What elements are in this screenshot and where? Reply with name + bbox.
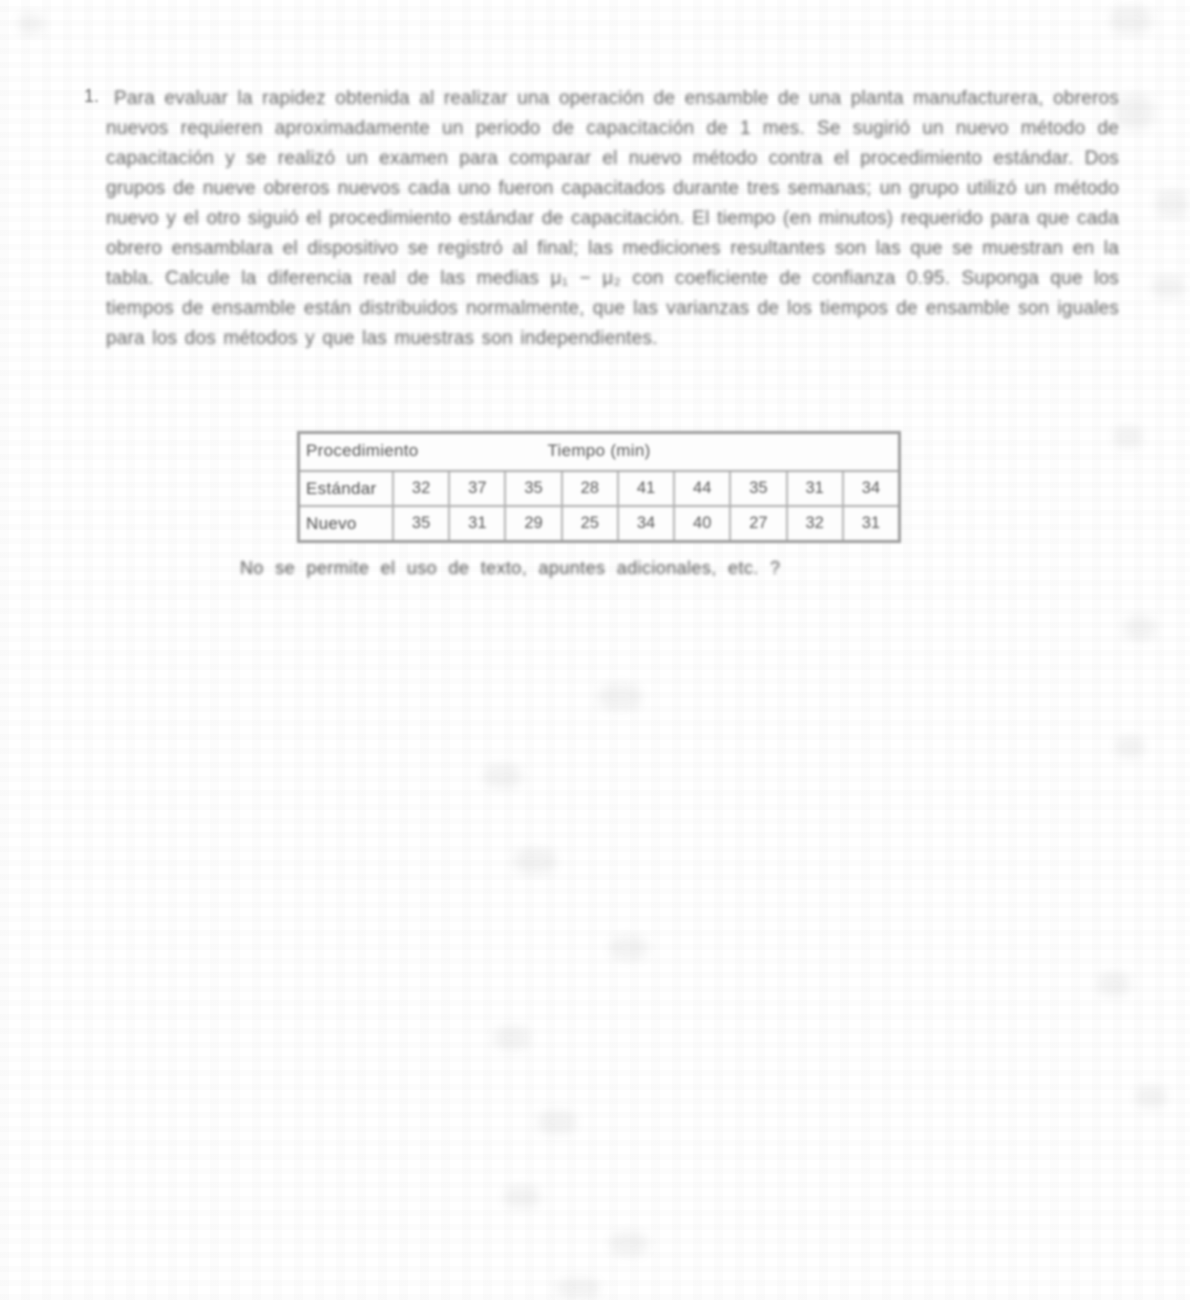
row-label-standard: Estándar xyxy=(300,479,392,499)
scan-smudge xyxy=(1116,94,1154,130)
scan-smudge xyxy=(610,936,648,960)
table-cell: 35 xyxy=(392,507,448,540)
scan-smudge xyxy=(504,1186,540,1208)
table-cell: 34 xyxy=(842,472,898,505)
row-label-new: Nuevo xyxy=(300,514,392,534)
scan-smudge xyxy=(1116,736,1144,758)
table-cell: 28 xyxy=(561,472,617,505)
scan-smudge xyxy=(1156,190,1188,218)
table-cell: 41 xyxy=(617,472,673,505)
scan-smudge xyxy=(1110,6,1152,34)
table-header-measurements: Tiempo (min) xyxy=(547,441,650,461)
scan-smudge xyxy=(610,1232,648,1256)
table-cell: 35 xyxy=(729,472,785,505)
table-cell: 32 xyxy=(786,507,842,540)
problem-statement: Para evaluar la rapidez obtenida al real… xyxy=(106,84,1119,354)
table-cell: 31 xyxy=(448,507,504,540)
table-cell: 31 xyxy=(842,507,898,540)
table-row-new: Nuevo 35 31 29 25 34 40 27 32 31 xyxy=(300,505,898,540)
scan-smudge xyxy=(18,14,44,34)
table-cell: 32 xyxy=(392,472,448,505)
scan-smudge xyxy=(1152,276,1184,298)
table-cell: 37 xyxy=(448,472,504,505)
table-cell: 29 xyxy=(504,507,560,540)
scan-smudge xyxy=(556,1278,600,1298)
table-header-row: Procedimiento Tiempo (min) xyxy=(300,434,898,472)
scan-smudge xyxy=(514,848,556,874)
scanned-document-page: 1. Para evaluar la rapidez obtenida al r… xyxy=(0,0,1190,1300)
scan-smudge xyxy=(494,1026,530,1050)
table-cell: 40 xyxy=(673,507,729,540)
table-cell: 25 xyxy=(561,507,617,540)
table-cell: 31 xyxy=(786,472,842,505)
table-header-procedure: Procedimiento xyxy=(306,441,419,461)
scan-smudge xyxy=(1136,1086,1166,1108)
table-cell: 27 xyxy=(729,507,785,540)
scan-smudge xyxy=(1098,972,1130,996)
scan-smudge xyxy=(598,684,642,710)
data-table: Procedimiento Tiempo (min) Estándar 32 3… xyxy=(297,431,901,543)
problem-number: 1. xyxy=(84,86,99,107)
scan-smudge xyxy=(538,1110,576,1134)
table-cell: 34 xyxy=(617,507,673,540)
table-cell: 35 xyxy=(504,472,560,505)
table-cell: 44 xyxy=(673,472,729,505)
scan-smudge xyxy=(1114,426,1142,448)
scan-smudge xyxy=(1124,616,1156,640)
note-line: No se permite el uso de texto, apuntes a… xyxy=(240,558,780,579)
scan-smudge xyxy=(484,764,522,788)
table-row-standard: Estándar 32 37 35 28 41 44 35 31 34 xyxy=(300,472,898,505)
